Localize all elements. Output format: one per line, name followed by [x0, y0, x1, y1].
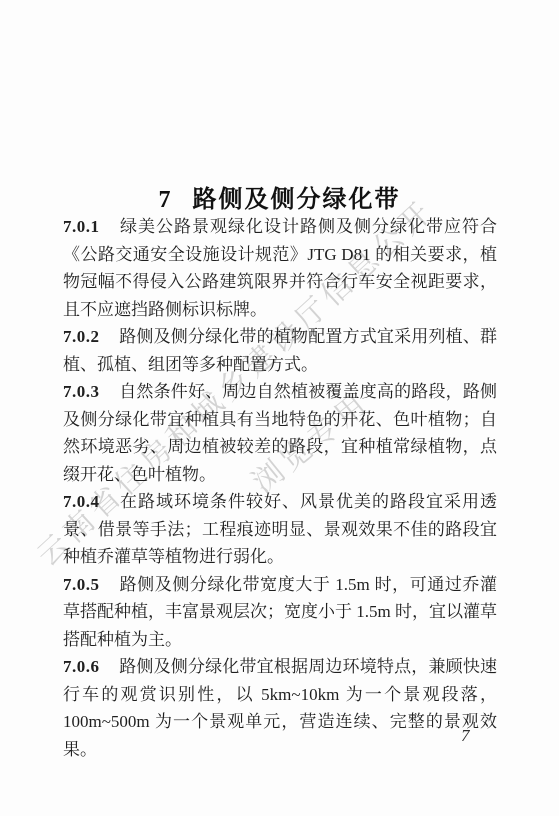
clause-number: 7.0.1 [63, 217, 100, 236]
clause-number: 7.0.3 [63, 382, 100, 401]
chapter-title: 路侧及侧分绿化带 [193, 187, 401, 213]
document-page: 云南省住房和城乡建设厅信息公开 浏览专用 7路侧及侧分绿化带 7.0.1绿美公路… [0, 0, 559, 816]
clause-paragraph: 7.0.2路侧及侧分绿化带的植物配置方式宜采用列植、群植、孤植、组团等多种配置方… [63, 323, 497, 378]
chapter-number: 7 [159, 187, 173, 213]
clause-paragraph: 7.0.4在路域环境条件较好、风景优美的路段宜采用透景、借景等手法；工程痕迹明显… [63, 488, 497, 571]
clause-paragraph: 7.0.3自然条件好、周边自然植被覆盖度高的路段，路侧及侧分绿化带宜种植具有当地… [63, 378, 497, 488]
clause-paragraph: 7.0.1绿美公路景观绿化设计路侧及侧分绿化带应符合《公路交通安全设施设计规范》… [63, 213, 497, 323]
clause-number: 7.0.6 [63, 657, 100, 676]
clause-text: 路侧及侧分绿化带的植物配置方式宜采用列植、群植、孤植、组团等多种配置方式。 [63, 327, 497, 374]
clause-paragraph: 7.0.6路侧及侧分绿化带宜根据周边环境特点，兼顾快速行车的观赏识别性，以 5k… [63, 653, 497, 763]
clause-text: 在路域环境条件较好、风景优美的路段宜采用透景、借景等手法；工程痕迹明显、景观效果… [63, 492, 497, 566]
page-number: 7 [461, 726, 470, 746]
clause-text: 绿美公路景观绿化设计路侧及侧分绿化带应符合《公路交通安全设施设计规范》JTG D… [63, 217, 497, 319]
clause-number: 7.0.5 [63, 575, 100, 594]
clause-text: 路侧及侧分绿化带宽度大于 1.5m 时，可通过乔灌草搭配种植，丰富景观层次；宽度… [63, 575, 497, 649]
clause-number: 7.0.4 [63, 492, 100, 511]
clause-number: 7.0.2 [63, 327, 100, 346]
clause-text: 路侧及侧分绿化带宜根据周边环境特点，兼顾快速行车的观赏识别性，以 5km~10k… [63, 657, 497, 759]
document-body: 7.0.1绿美公路景观绿化设计路侧及侧分绿化带应符合《公路交通安全设施设计规范》… [63, 213, 497, 763]
clause-text: 自然条件好、周边自然植被覆盖度高的路段，路侧及侧分绿化带宜种植具有当地特色的开花… [63, 382, 497, 484]
page-content: 7路侧及侧分绿化带 7.0.1绿美公路景观绿化设计路侧及侧分绿化带应符合《公路交… [0, 0, 559, 816]
clause-paragraph: 7.0.5路侧及侧分绿化带宽度大于 1.5m 时，可通过乔灌草搭配种植，丰富景观… [63, 571, 497, 654]
chapter-heading: 7路侧及侧分绿化带 [0, 179, 559, 214]
